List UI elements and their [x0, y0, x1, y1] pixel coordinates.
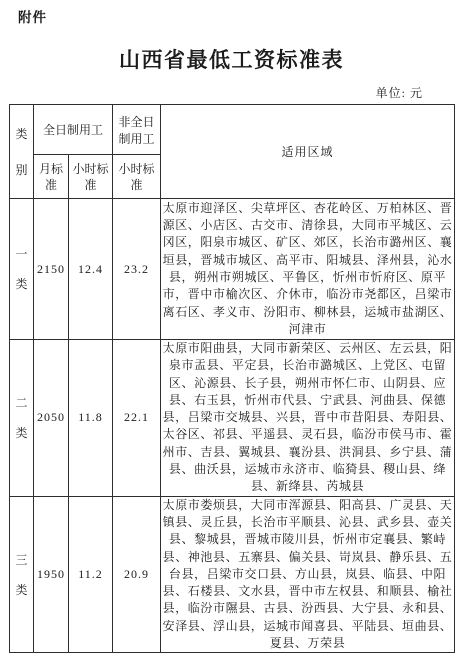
category-1-monthly-standard: 2150	[34, 199, 69, 340]
header-hourly-standard: 小时标准	[69, 155, 113, 199]
category-2-hourly-standard: 11.8	[69, 340, 113, 497]
header-part-time-hourly-standard: 小时标准	[113, 155, 161, 199]
category-2-monthly-standard: 2050	[34, 340, 69, 497]
category-1-applicable-regions: 太原市迎泽区、尖草坪区、杏花岭区、万柏林区、晋源区、小店区、古交市、清徐县，大同…	[161, 199, 455, 340]
category-2-label: 二类	[10, 340, 34, 497]
unit-label: 单位: 元	[376, 84, 423, 101]
category-2-part-time-hourly-standard: 22.1	[113, 340, 161, 497]
category-3-applicable-regions: 太原市娄烦县，大同市浑源县、阳高县、广灵县、天镇县、灵丘县，长治市平顺县、沁县、…	[161, 496, 455, 653]
header-monthly-standard: 月标准	[34, 155, 69, 199]
category-1-label: 一类	[10, 199, 34, 340]
category-2-applicable-regions: 太原市阳曲县，大同市新荣区、云州区、左云县，阳泉市盂县、平定县，长治市潞城区、上…	[161, 340, 455, 497]
header-row-top: 类别 全日制用工 非全日制用工 适用区域	[10, 105, 455, 155]
category-3-monthly-standard: 1950	[34, 496, 69, 653]
category-1-part-time-hourly-standard: 23.2	[113, 199, 161, 340]
header-category: 类别	[10, 105, 34, 199]
table-row-category-1: 一类 2150 12.4 23.2 太原市迎泽区、尖草坪区、杏花岭区、万柏林区、…	[10, 199, 455, 340]
minimum-wage-table: 类别 全日制用工 非全日制用工 适用区域 月标准 小时标准 小时标准 一类 21…	[9, 104, 455, 653]
category-3-label: 三类	[10, 496, 34, 653]
category-3-hourly-standard: 11.2	[69, 496, 113, 653]
table-row-category-3: 三类 1950 11.2 20.9 太原市娄烦县，大同市浑源县、阳高县、广灵县、…	[10, 496, 455, 653]
header-full-time-employment: 全日制用工	[34, 105, 113, 155]
category-3-part-time-hourly-standard: 20.9	[113, 496, 161, 653]
header-part-time-employment: 非全日制用工	[113, 105, 161, 155]
document-page: 附件 山西省最低工资标准表 单位: 元 类别 全日制用工 非全日制用工 适用区域…	[0, 0, 463, 656]
attachment-label: 附件	[18, 6, 47, 26]
table-row-category-2: 二类 2050 11.8 22.1 太原市阳曲县，大同市新荣区、云州区、左云县，…	[10, 340, 455, 497]
category-1-hourly-standard: 12.4	[69, 199, 113, 340]
page-title: 山西省最低工资标准表	[0, 44, 463, 74]
header-applicable-region: 适用区域	[161, 105, 455, 199]
